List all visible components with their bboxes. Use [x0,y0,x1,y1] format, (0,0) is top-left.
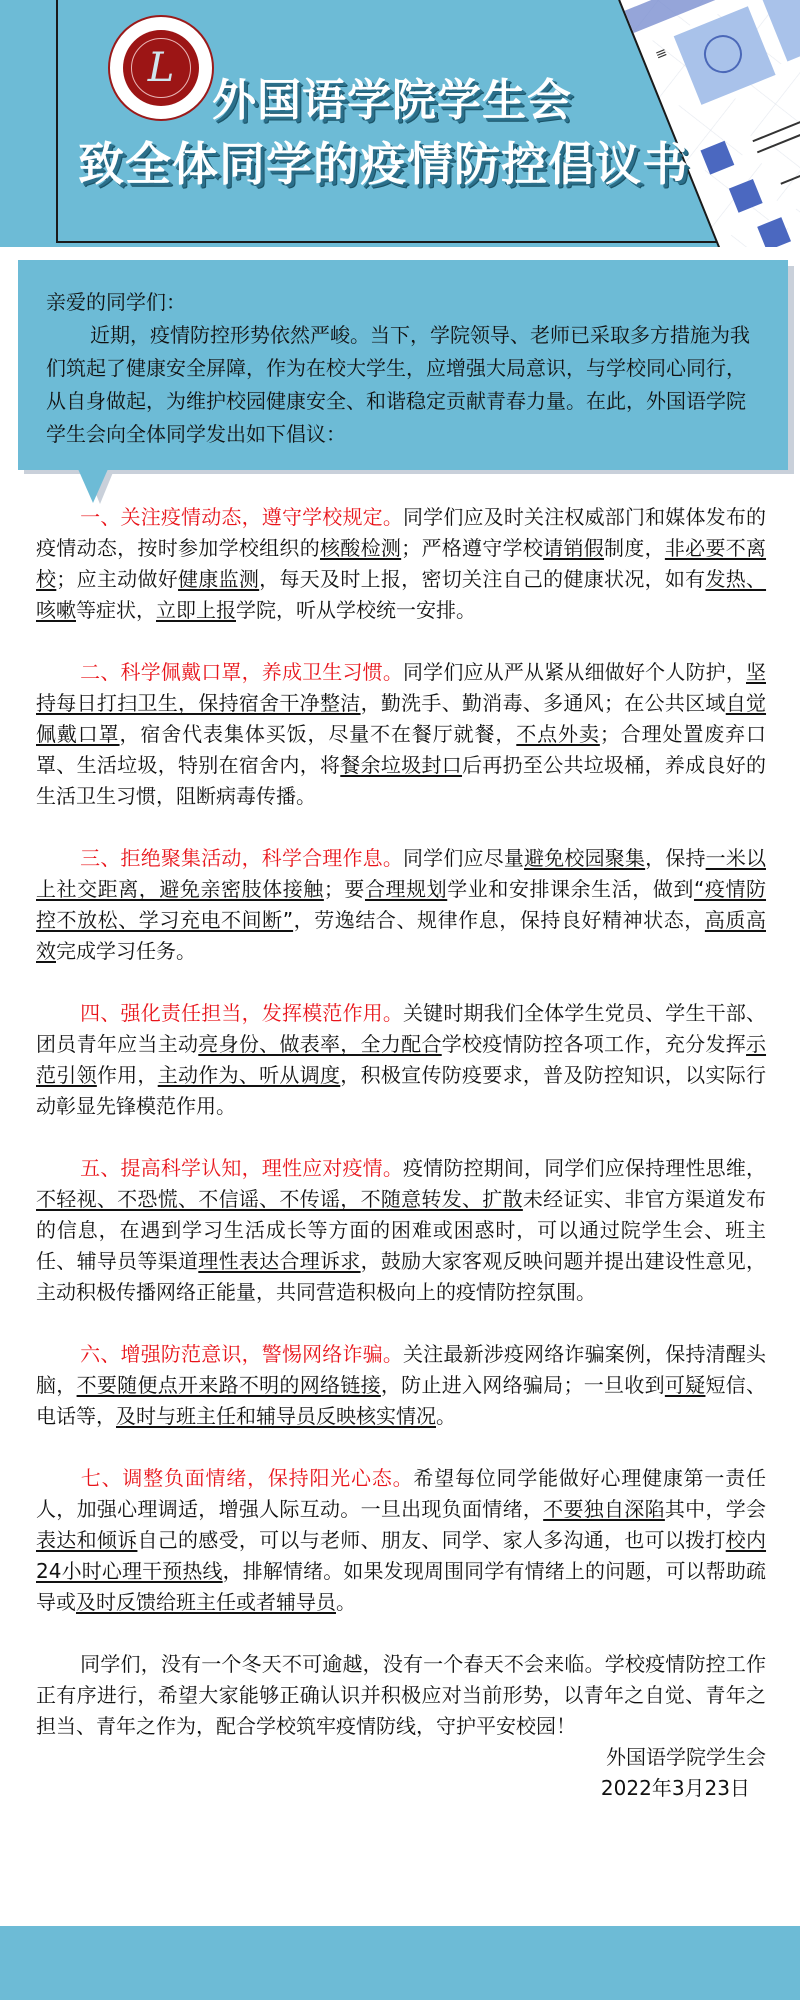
emphasis-text: 及时与班主任和辅导员反映核实情况 [116,1404,436,1428]
emphasis-text: 不要随便点开来路不明的网络链接 [77,1373,381,1397]
school-logo: L [108,15,214,121]
emphasis-text: 理性表达合理诉求 [198,1249,360,1273]
title-line-1: 外国语学院学生会 [212,64,572,128]
section-text: 疫情防控期间，同学们应保持理性思维， [403,1156,766,1180]
proposal-body: 一、关注疫情动态，遵守学校规定。同学们应及时关注权威部门和媒体发布的疫情动态，按… [36,502,766,1804]
intro-body: 近期，疫情防控形势依然严峻。当下，学院领导、老师已采取多方措施为我们筑起了健康安… [46,319,762,451]
section-text: 作用， [97,1063,158,1087]
emphasis-text: 不要独自深陷 [543,1497,665,1521]
emphasis-text: 亮身份、做表率，全力配合 [198,1032,441,1056]
section-text: ；要 [324,877,365,901]
emphasis-text: 健康监测 [178,567,259,591]
emphasis-text: 主动作为、听从调度 [158,1063,341,1087]
section-text: 完成学习任务。 [56,939,196,963]
section-text: 学业和安排课余生活，做到 [447,877,694,901]
section-text: 同学们应从严从紧从细做好个人防护， [403,660,746,684]
section-text: ，保持 [645,846,706,870]
section-heading: 五、提高科学认知，理性应对疫情。 [80,1156,403,1180]
globe-emblem: L [123,30,199,106]
header-banner: ≡ L 外国语学院学生会 致全体同学的疫情防控倡议书 [0,0,800,247]
emphasis-text: 立即上报 [156,598,236,622]
emphasis-text: 可疑 [665,1373,706,1397]
signature-block: 外国语学院学生会 2022年3月23日 [36,1742,766,1804]
section-text: 等症状， [76,598,156,622]
circle-icon [698,29,747,78]
emphasis-text: 餐余垃圾封口 [340,753,462,777]
emphasis-text: 不点外卖 [516,722,600,746]
section-text: 制度， [604,536,665,560]
section-heading: 一、关注疫情动态，遵守学校规定。 [80,505,403,529]
intro-speech-box: 亲爱的同学们： 近期，疫情防控形势依然严峻。当下，学院领导、老师已采取多方措施为… [18,260,788,470]
signature-org: 外国语学院学生会 [36,1742,766,1773]
section-text: 学院，听从学校统一安排。 [236,598,476,622]
section-text: ；严格遵守学校 [401,536,543,560]
section-text: 同学们应尽量 [403,846,524,870]
emphasis-text: 核酸检测 [320,536,401,560]
closing-paragraph: 同学们，没有一个冬天不可逾越，没有一个春天不会来临。学校疫情防控工作正有序进行，… [36,1649,766,1742]
section-3: 三、拒绝聚集活动，科学合理作息。同学们应尽量避免校园聚集，保持一米以上社交距离，… [36,843,766,967]
section-text: 学校疫情防控各项工作，充分发挥 [442,1032,746,1056]
logo-letter: L [148,45,175,91]
section-text: ，宿舍代表集体买饭，尽量不在餐厅就餐， [120,722,517,746]
section-text: ，勤洗手、勤消毒、多通风；在公共区域 [361,691,726,715]
emphasis-text: 避免校园聚集 [524,846,645,870]
emphasis-text: 不轻视、不恐慌、不信谣、不传谣，不随意转发、扩散 [36,1187,523,1211]
section-text: ，每天及时上报，密切关注自己的健康状况，如有 [259,567,705,591]
emphasis-text: 表达和倾诉 [36,1528,137,1552]
section-text: ；应主动做好 [56,567,178,591]
section-7: 七、调整负面情绪，保持阳光心态。希望每位同学能做好心理健康第一责任人，加强心理调… [36,1463,766,1618]
emphasis-text: 请销假 [543,536,604,560]
section-text: 。 [336,1590,356,1614]
emphasis-text: 合理规划 [365,877,447,901]
title-line-2: 致全体同学的疫情防控倡议书 [78,128,689,194]
signature-date: 2022年3月23日 [601,1773,766,1804]
section-text: 。 [436,1404,456,1428]
section-6: 六、增强防范意识，警惕网络诈骗。关注最新涉疫网络诈骗案例，保持清醒头脑，不要随便… [36,1339,766,1432]
section-4: 四、强化责任担当，发挥模范作用。关键时期我们全体学生党员、学生干部、团员青年应当… [36,998,766,1122]
section-heading: 三、拒绝聚集活动，科学合理作息。 [80,846,403,870]
section-heading: 七、调整负面情绪，保持阳光心态。 [80,1466,413,1490]
footer-banner [0,1926,800,2000]
sections-list: 一、关注疫情动态，遵守学校规定。同学们应及时关注权威部门和媒体发布的疫情动态，按… [36,502,766,1618]
section-2: 二、科学佩戴口罩，养成卫生习惯。同学们应从严从紧从细做好个人防护，坚持每日打扫卫… [36,657,766,812]
section-text: 自己的感受，可以与老师、朋友、同学、家人多沟通，也可以拨打 [137,1528,725,1552]
section-text: 其中，学会 [665,1497,766,1521]
section-heading: 二、科学佩戴口罩，养成卫生习惯。 [80,660,403,684]
section-5: 五、提高科学认知，理性应对疫情。疫情防控期间，同学们应保持理性思维，不轻视、不恐… [36,1153,766,1308]
section-1: 一、关注疫情动态，遵守学校规定。同学们应及时关注权威部门和媒体发布的疫情动态，按… [36,502,766,626]
section-text: ，防止进入网络骗局；一旦收到 [381,1373,665,1397]
greeting: 亲爱的同学们： [46,286,762,319]
section-heading: 四、强化责任担当，发挥模范作用。 [80,1001,403,1025]
section-text: ，劳逸结合、规律作息，保持良好精神状态， [293,908,705,932]
section-heading: 六、增强防范意识，警惕网络诈骗。 [80,1342,403,1366]
emphasis-text: 及时反馈给班主任或者辅导员 [76,1590,336,1614]
speech-tail [78,469,108,503]
